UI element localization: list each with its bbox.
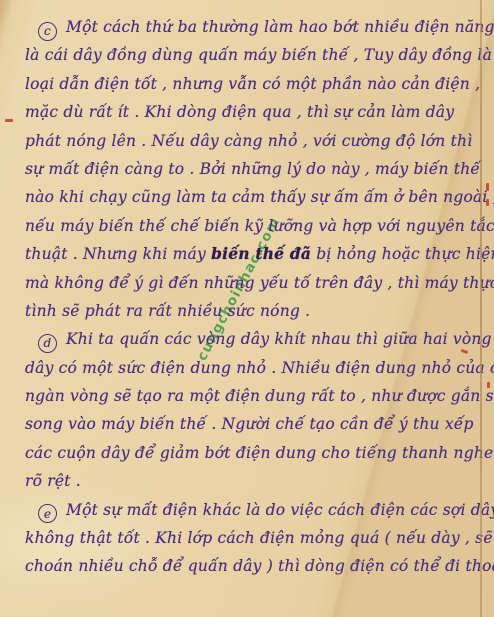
circled-letter-c: c [38,22,57,41]
handwriting-line: loại dẫn điện tốt , nhưng vẫn có một phầ… [25,70,482,98]
line-text: bị hỏng hoặc thực hiện [311,245,494,263]
red-edge-mark [5,119,13,122]
handwriting-line: rõ rệt . [25,467,482,495]
page-edge-crease [480,0,482,617]
red-edge-mark [486,183,489,191]
red-edge-mark [487,382,490,388]
handwriting-line: cMột cách thứ ba thường làm hao bớt nhiề… [25,13,482,41]
handwriting-line: dây có một sức điện dung nhỏ . Nhiều điệ… [25,354,482,382]
handwriting-line: song vào máy biến thế . Người chế tạo cầ… [25,410,482,438]
handwriting-line: choán nhiều chỗ để quấn dây ) thì dòng đ… [25,552,482,580]
line-text: Một cách thứ ba thường làm hao bớt nhiều… [66,18,494,36]
notebook-page: cungchoinhac.com cMột cách thứ ba thường… [0,0,494,617]
circled-letter-e: e [38,504,57,523]
handwriting-line: các cuộn dây để giảm bớt điện dung cho t… [25,439,482,467]
handwriting-line: thuật . Nhưng khi máy biến thế đã bị hỏn… [25,240,482,268]
emphasized-text: biến thế đã [211,244,311,263]
handwriting-line: mặc dù rất ít . Khi dòng điện qua , thì … [25,98,482,126]
handwriting-line: không thật tốt . Khi lớp cách điện mỏng … [25,524,482,552]
handwriting-line: eMột sự mất điện khác là do việc cách đi… [25,496,482,524]
handwriting-line: nào khi chạy cũng làm ta cảm thấy sự ấm … [25,183,482,211]
line-text: Một sự mất điện khác là do việc cách điệ… [66,501,494,519]
handwriting-line: phát nóng lên . Nếu dây càng nhỏ , với c… [25,127,482,155]
handwriting-block: cMột cách thứ ba thường làm hao bớt nhiề… [25,13,482,581]
handwriting-line: sự mất điện càng to . Bởi những lý do nà… [25,155,482,183]
line-text: Khi ta quấn các vòng dây khít nhau thì g… [66,330,492,348]
circled-letter-d: d [38,334,57,353]
handwriting-line: là cái dây đồng dùng quấn máy biến thế ,… [25,41,482,69]
handwriting-line: ngàn vòng sẽ tạo ra một điện dung rất to… [25,382,482,410]
handwriting-line: nếu máy biến thế chế biến kỹ lưỡng và hợ… [25,212,482,240]
handwriting-line: tình sẽ phát ra rất nhiều sức nóng . [25,297,482,325]
line-text: thuật . Nhưng khi máy [25,245,211,263]
handwriting-line: mà không để ý gì đến những yếu tố trên đ… [25,269,482,297]
red-edge-mark [486,199,489,206]
handwriting-line: dKhi ta quấn các vòng dây khít nhau thì … [25,325,482,353]
